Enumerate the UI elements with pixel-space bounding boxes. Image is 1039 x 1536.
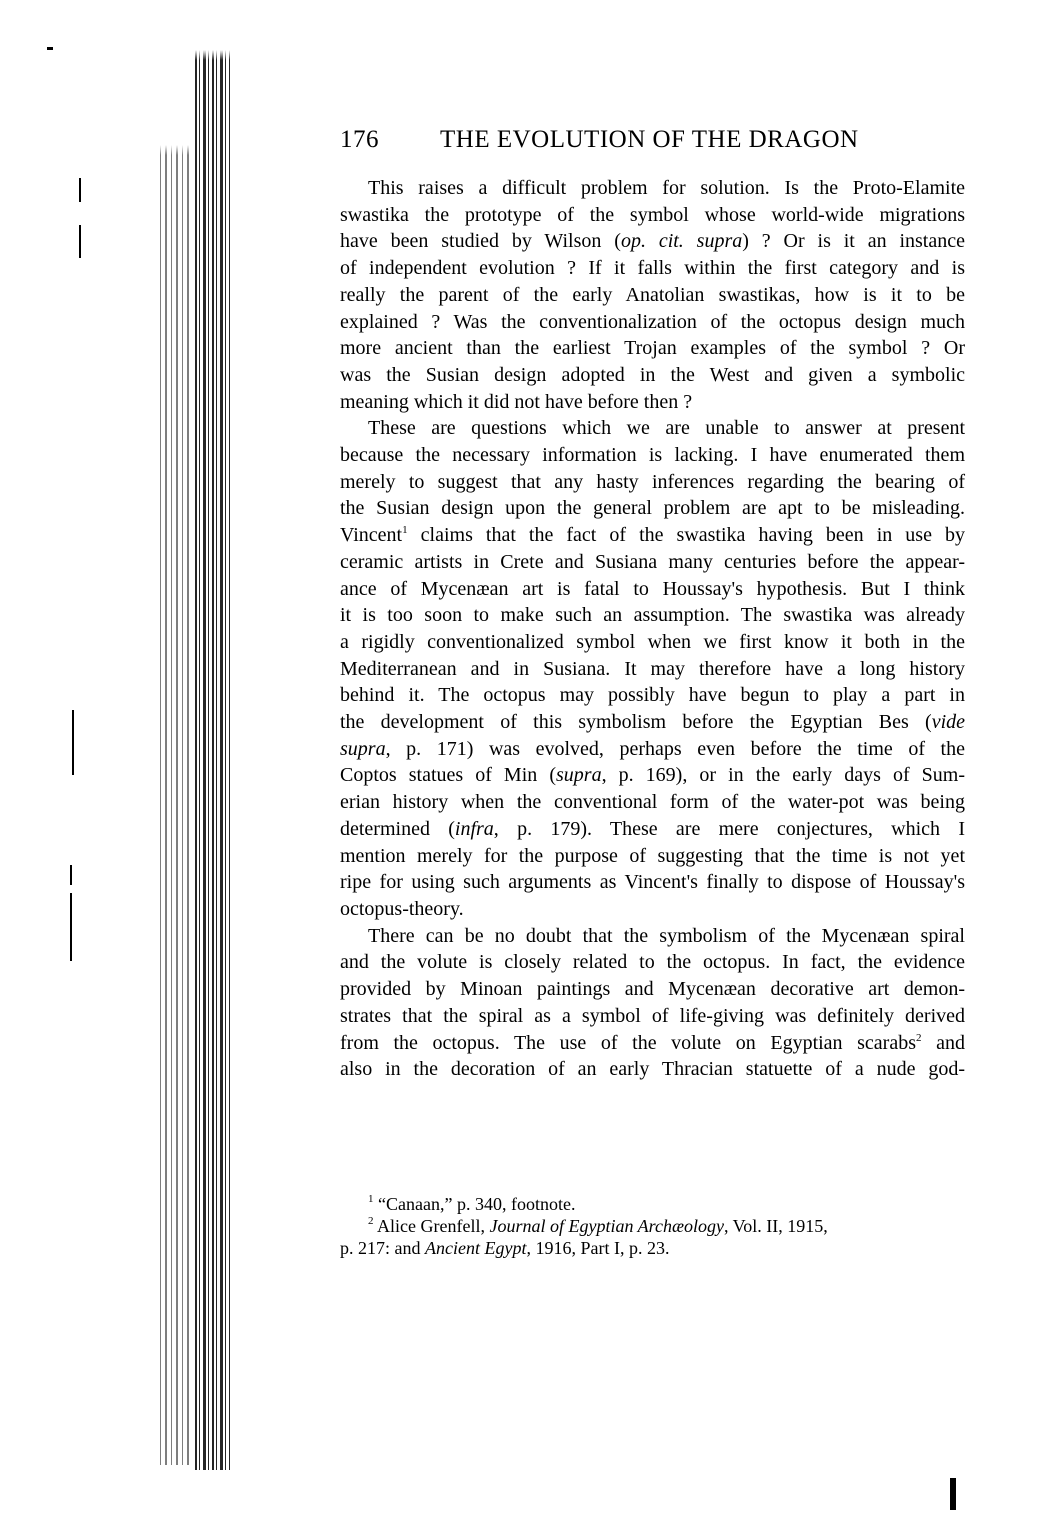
citation-italic: infra <box>455 818 494 840</box>
citation-italic: supra <box>340 738 386 760</box>
text-line: explained ? Was the conventionalization … <box>340 309 965 336</box>
scan-speck <box>47 47 53 50</box>
text-line: the Susian design upon the general probl… <box>340 495 965 522</box>
footnotes: 1 “Canaan,” p. 340, footnote. 2 Alice Gr… <box>340 1193 965 1259</box>
footnote-2: 2 Alice Grenfell, Journal of Egyptian Ar… <box>340 1215 965 1237</box>
text-line: it is too soon to make such an assumptio… <box>340 602 965 629</box>
text-line: a rigidly conventionalized symbol when w… <box>340 629 965 656</box>
text-line: merely to suggest that any hasty inferen… <box>340 469 965 496</box>
text-line: octopus-theory. <box>340 896 965 923</box>
text-line: determined (infra, p. 179). These are me… <box>340 816 965 843</box>
scan-gutter-artifact-secondary <box>160 145 190 1465</box>
text-line: ance of Mycenæan art is fatal to Houssay… <box>340 576 965 603</box>
text-line: There can be no doubt that the symbolism… <box>340 923 965 950</box>
text-line: also in the decoration of an early Thrac… <box>340 1056 965 1083</box>
text-line: supra, p. 171) was evolved, perhaps even… <box>340 736 965 763</box>
scan-mark <box>70 893 72 961</box>
text-line: behind it. The octopus may possibly have… <box>340 682 965 709</box>
text-line: These are questions which we are unable … <box>340 415 965 442</box>
running-title: THE EVOLUTION OF THE DRAGON <box>440 126 859 153</box>
text-line: Vincent1 claims that the fact of the swa… <box>340 522 965 549</box>
text-line: because the necessary information is lac… <box>340 442 965 469</box>
text-line: meaning which it did not have before the… <box>340 389 965 416</box>
journal-title: Ancient Egypt <box>425 1238 526 1258</box>
text-line: Mediterranean and in Susiana. It may the… <box>340 656 965 683</box>
text-line: ceramic artists in Crete and Susiana man… <box>340 549 965 576</box>
text-line: Coptos statues of Min (supra, p. 169), o… <box>340 762 965 789</box>
scan-corner-mark <box>950 1478 956 1510</box>
scan-mark <box>79 225 81 258</box>
text-line: the development of this symbolism before… <box>340 709 965 736</box>
text-line: strates that the spiral as a symbol of l… <box>340 1003 965 1030</box>
page-number: 176 <box>340 126 440 154</box>
citation-italic: supra <box>556 764 602 786</box>
scan-mark <box>72 710 74 775</box>
text-line: have been studied by Wilson (op. cit. su… <box>340 228 965 255</box>
text-line: more ancient than the earliest Trojan ex… <box>340 335 965 362</box>
text-line: This raises a difficult problem for solu… <box>340 175 965 202</box>
scan-mark <box>70 865 72 885</box>
journal-title: Journal of Egyptian Archæology <box>489 1216 723 1236</box>
citation-italic: op. cit. supra <box>621 230 742 252</box>
text-line: was the Susian design adopted in the Wes… <box>340 362 965 389</box>
text-line: erian history when the conventional form… <box>340 789 965 816</box>
text-line: and the volute is closely related to the… <box>340 949 965 976</box>
footnote-1: 1 “Canaan,” p. 340, footnote. <box>340 1193 965 1215</box>
text-line: really the parent of the early Anatolian… <box>340 282 965 309</box>
running-header: 176THE EVOLUTION OF THE DRAGON <box>340 126 859 154</box>
text-line: of independent evolution ? If it falls w… <box>340 255 965 282</box>
text-line: ripe for using such arguments as Vincent… <box>340 869 965 896</box>
scan-gutter-artifact <box>195 50 230 1470</box>
scan-mark <box>79 178 81 202</box>
text-line: from the octopus. The use of the volute … <box>340 1030 965 1057</box>
text-line: mention merely for the purpose of sugges… <box>340 843 965 870</box>
body-text: This raises a difficult problem for solu… <box>340 175 965 1083</box>
text-line: swastika the prototype of the symbol who… <box>340 202 965 229</box>
text-line: provided by Minoan paintings and Mycenæa… <box>340 976 965 1003</box>
footnote-2-continued: p. 217: and Ancient Egypt, 1916, Part I,… <box>340 1237 965 1259</box>
citation-italic: vide <box>932 711 965 733</box>
